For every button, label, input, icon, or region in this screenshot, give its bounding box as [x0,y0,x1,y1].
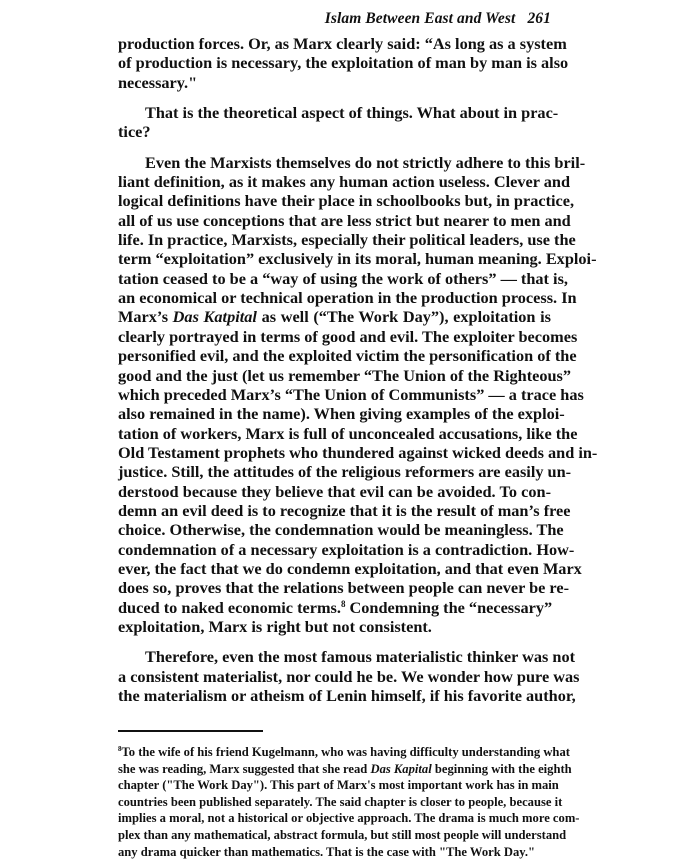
text-line: exploitation, Marx is right but not cons… [118,617,551,636]
text-line: justice. Still, the attitudes of the rel… [118,462,551,481]
paragraph: Therefore, even the most famous material… [118,647,551,705]
text-line: derstood because they believe that evil … [118,482,551,501]
text-line: tation ceased to be a “way of using the … [118,269,551,288]
text-line: clearly portrayed in terms of good and e… [118,327,551,346]
page-number: 261 [527,10,551,27]
footnote-line: she was reading, Marx suggested that she… [118,761,551,778]
text-line: choice. Otherwise, the condemnation woul… [118,520,551,539]
text-line: does so, proves that the relations betwe… [118,578,551,597]
footnote-line: any drama quicker than mathematics. That… [118,844,551,861]
text-line: necessary." [118,73,551,92]
text-line: tice? [118,122,551,141]
footnote-line: plex than any mathematical, abstract for… [118,827,551,844]
text-line: Even the Marxists themselves do not stri… [118,153,551,172]
text-line: an economical or technical operation in … [118,288,551,307]
text-line: duced to naked economic terms.8 Condemni… [118,598,551,617]
footnote: 8To the wife of his friend Kugelmann, wh… [118,744,551,860]
footnote-reference[interactable]: 8 [341,599,346,609]
text-line: term “exploitation” exclusively in its m… [118,249,551,268]
text-line: condemnation of a necessary exploitation… [118,540,551,559]
running-header: Islam Between East and West261 [118,10,551,28]
italic-title: Das Kapital [370,762,431,776]
text-line: personified evil, and the exploited vict… [118,346,551,365]
paragraph: production forces. Or, as Marx clearly s… [118,34,551,92]
text-line: a consistent materialist, nor could he b… [118,667,551,686]
text-line: of production is necessary, the exploita… [118,53,551,72]
text-line: life. In practice, Marxists, especially … [118,230,551,249]
text-line: good and the just (let us remember “The … [118,366,551,385]
text-line: also remained in the name). When giving … [118,404,551,423]
footnote-line: 8To the wife of his friend Kugelmann, wh… [118,744,551,761]
paragraph: Even the Marxists themselves do not stri… [118,153,551,637]
text-line: all of us use conceptions that are less … [118,211,551,230]
text-line: the materialism or atheism of Lenin hims… [118,686,551,705]
paragraph: That is the theoretical aspect of things… [118,103,551,142]
text-line: That is the theoretical aspect of things… [118,103,551,122]
text-line: tation of workers, Marx is full of uncon… [118,424,551,443]
footnote-line: implies a moral, not a historical or obj… [118,810,551,827]
text-line: Old Testament prophets who thundered aga… [118,443,551,462]
footnote-line: chapter ("The Work Day"). This part of M… [118,777,551,794]
footnote-marker: 8 [118,745,122,753]
text-line: liant definition, as it makes any human … [118,172,551,191]
footnote-line: countries been published separately. The… [118,794,551,811]
body-text: production forces. Or, as Marx clearly s… [118,34,551,716]
text-line: Marx’s Das Katpital as well (“The Work D… [118,307,551,326]
text-line: which preceded Marx’s “The Union of Comm… [118,385,551,404]
text-line: demn an evil deed is to recognize that i… [118,501,551,520]
text-line: ever, the fact that we do condemn exploi… [118,559,551,578]
text-line: Therefore, even the most famous material… [118,647,551,666]
book-title: Islam Between East and West [325,10,516,27]
text-line: production forces. Or, as Marx clearly s… [118,34,551,53]
italic-title: Das Katpital [173,307,257,326]
text-line: logical definitions have their place in … [118,191,551,210]
footnote-divider [118,730,263,732]
